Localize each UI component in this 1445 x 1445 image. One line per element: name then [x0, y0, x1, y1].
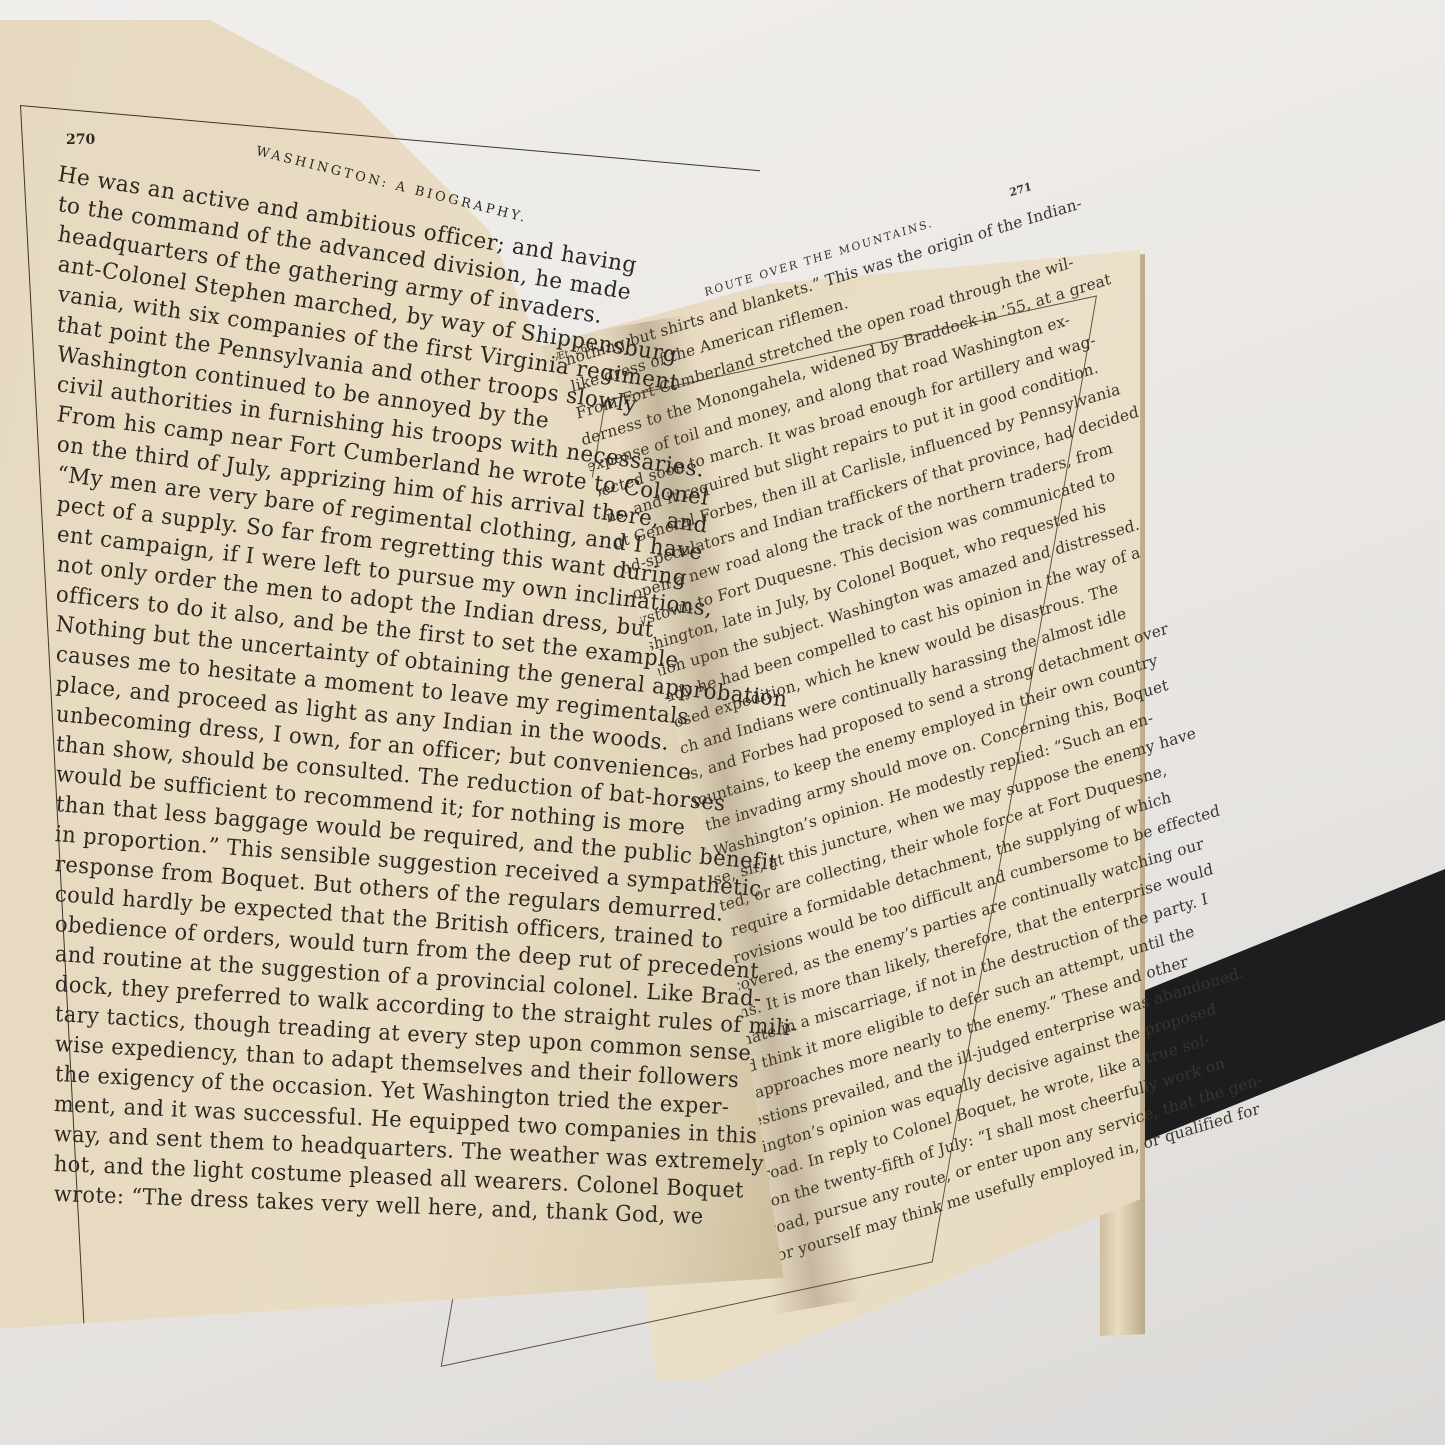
page-number: 271 — [1008, 180, 1032, 200]
text-lines: He was an active and ambitious officer; … — [58, 160, 840, 1210]
page-number: 270 — [66, 132, 95, 148]
open-book: Æt. 26.] ROUTE OVER THE MOUNTAINS. 271 n… — [0, 0, 1445, 1445]
